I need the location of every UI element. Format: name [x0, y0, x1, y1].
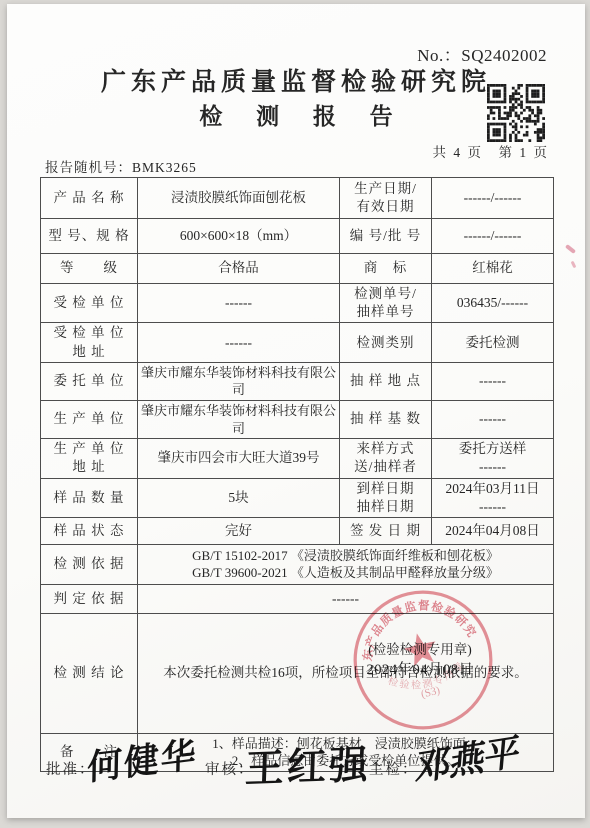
field-value-grade: 合格品 — [138, 254, 340, 284]
stamp-caption-date: 2024年04月08日 — [340, 660, 500, 680]
field-label-sampling-place: 抽 样 地 点 — [340, 362, 432, 400]
field-value-sampling-base: ------ — [432, 400, 554, 438]
qr-code-svg — [487, 84, 545, 142]
table-row: 检 测 依 据GB/T 15102-2017 《浸渍胶膜纸饰面纤维板和刨花板》G… — [41, 544, 554, 584]
field-value-model-spec: 600×600×18（mm） — [138, 219, 340, 254]
field-value-inspected-unit-address: ------ — [138, 323, 340, 362]
table-row: 型 号、规 格600×600×18（mm）编 号/批 号------/-----… — [41, 219, 554, 254]
report-table: 产 品 名 称浸渍胶膜纸饰面刨花板生产日期/有效日期------/------型… — [40, 177, 554, 772]
field-value-batch-no: ------/------ — [432, 219, 554, 254]
report-table-body: 产 品 名 称浸渍胶膜纸饰面刨花板生产日期/有效日期------/------型… — [41, 178, 554, 772]
field-value-sample-qty: 5块 — [138, 478, 340, 517]
review-signature: 王红强 — [244, 734, 372, 795]
field-value-issue-date: 2024年04月08日 — [432, 517, 554, 544]
table-row: 受 检 单 位------检测单号/抽样单号036435/------ — [41, 284, 554, 323]
field-value-inspected-unit: ------ — [138, 284, 340, 323]
field-label-sample-state: 样 品 状 态 — [41, 517, 138, 544]
field-value-sampling-place: ------ — [432, 362, 554, 400]
field-label-test-basis: 检 测 依 据 — [41, 544, 138, 584]
field-label-test-no: 检测单号/抽样单号 — [340, 284, 432, 323]
stamp-caption: (检验检测专用章) 2024年04月08日 — [340, 640, 500, 680]
field-label-issue-date: 签 发 日 期 — [340, 517, 432, 544]
field-label-production-date: 生产日期/有效日期 — [340, 178, 432, 219]
stray-red-mark — [571, 261, 577, 269]
stamp-caption-title: (检验检测专用章) — [340, 640, 500, 660]
field-label-model-spec: 型 号、规 格 — [41, 219, 138, 254]
field-label-producer-address: 生 产 单 位地 址 — [41, 439, 138, 478]
page-info: 共 4 页 第 1 页 — [433, 141, 550, 161]
field-label-inspected-unit: 受 检 单 位 — [41, 284, 138, 323]
table-row: 样 品 状 态完好签 发 日 期2024年04月08日 — [41, 517, 554, 544]
field-label-sample-qty: 样 品 数 量 — [41, 478, 138, 517]
report-random-number: 报告随机号：BMK3265 — [45, 156, 197, 176]
report-random-number-value: BMK3265 — [132, 160, 197, 175]
field-label-sampling-base: 抽 样 基 数 — [340, 400, 432, 438]
field-label-client-unit: 委 托 单 位 — [41, 362, 138, 400]
test-label: 主检： — [369, 758, 419, 779]
report-random-number-label: 报告随机号： — [45, 160, 132, 175]
table-row: 生 产 单 位地 址肇庆市四会市大旺大道39号来样方式送/抽样者委托方送样---… — [41, 439, 554, 478]
field-value-judgment-basis: ------ — [138, 584, 554, 613]
field-value-sample-delivery: 委托方送样------ — [432, 439, 554, 478]
field-label-product-name: 产 品 名 称 — [41, 178, 138, 219]
qr-code-icon — [487, 84, 545, 142]
field-label-arrival-date: 到样日期抽样日期 — [340, 478, 432, 517]
table-row: 判 定 依 据------ — [41, 584, 554, 613]
field-label-inspected-unit-address: 受 检 单 位地 址 — [41, 323, 138, 362]
field-value-test-category: 委托检测 — [432, 323, 554, 362]
field-label-producer-unit: 生 产 单 位 — [41, 400, 138, 438]
report-page: No.：SQ2402002 广东产品质量监督检验研究院 检 测 报 告 共 4 … — [7, 4, 585, 818]
field-value-production-date: ------/------ — [432, 178, 554, 219]
table-row: 等 级合格品商 标红棉花 — [41, 254, 554, 284]
field-value-product-name: 浸渍胶膜纸饰面刨花板 — [138, 178, 340, 219]
field-value-test-basis: GB/T 15102-2017 《浸渍胶膜纸饰面纤维板和刨花板》GB/T 396… — [138, 544, 554, 584]
field-value-sample-state: 完好 — [138, 517, 340, 544]
field-label-trademark: 商 标 — [340, 254, 432, 284]
signature-row: 批准： 何健华 审核： 王红强 主检： 邓燕平 — [7, 726, 585, 801]
table-row: 生 产 单 位肇庆市耀东华装饰材料科技有限公司抽 样 基 数------ — [41, 400, 554, 438]
table-row: 受 检 单 位地 址------检测类别委托检测 — [41, 323, 554, 362]
table-row: 样 品 数 量5块到样日期抽样日期2024年03月11日------ — [41, 478, 554, 517]
field-value-producer-address: 肇庆市四会市大旺大道39号 — [138, 439, 340, 478]
table-row: 委 托 单 位肇庆市耀东华装饰材料科技有限公司抽 样 地 点------ — [41, 362, 554, 400]
approve-signature: 何健华 — [87, 727, 198, 791]
field-label-judgment-basis: 判 定 依 据 — [41, 584, 138, 613]
field-value-client-unit: 肇庆市耀东华装饰材料科技有限公司 — [138, 362, 340, 400]
field-value-producer-unit: 肇庆市耀东华装饰材料科技有限公司 — [138, 400, 340, 438]
field-value-arrival-date: 2024年03月11日------ — [432, 478, 554, 517]
field-label-grade: 等 级 — [41, 254, 138, 284]
field-label-test-category: 检测类别 — [340, 323, 432, 362]
test-signature: 邓燕平 — [413, 723, 521, 792]
field-value-test-no: 036435/------ — [432, 284, 554, 323]
stray-red-mark — [565, 244, 576, 254]
field-value-trademark: 红棉花 — [432, 254, 554, 284]
table-row: 产 品 名 称浸渍胶膜纸饰面刨花板生产日期/有效日期------/------ — [41, 178, 554, 219]
field-label-sample-delivery: 来样方式送/抽样者 — [340, 439, 432, 478]
field-label-batch-no: 编 号/批 号 — [340, 219, 432, 254]
field-label-conclusion: 检 测 结 论 — [41, 613, 138, 733]
